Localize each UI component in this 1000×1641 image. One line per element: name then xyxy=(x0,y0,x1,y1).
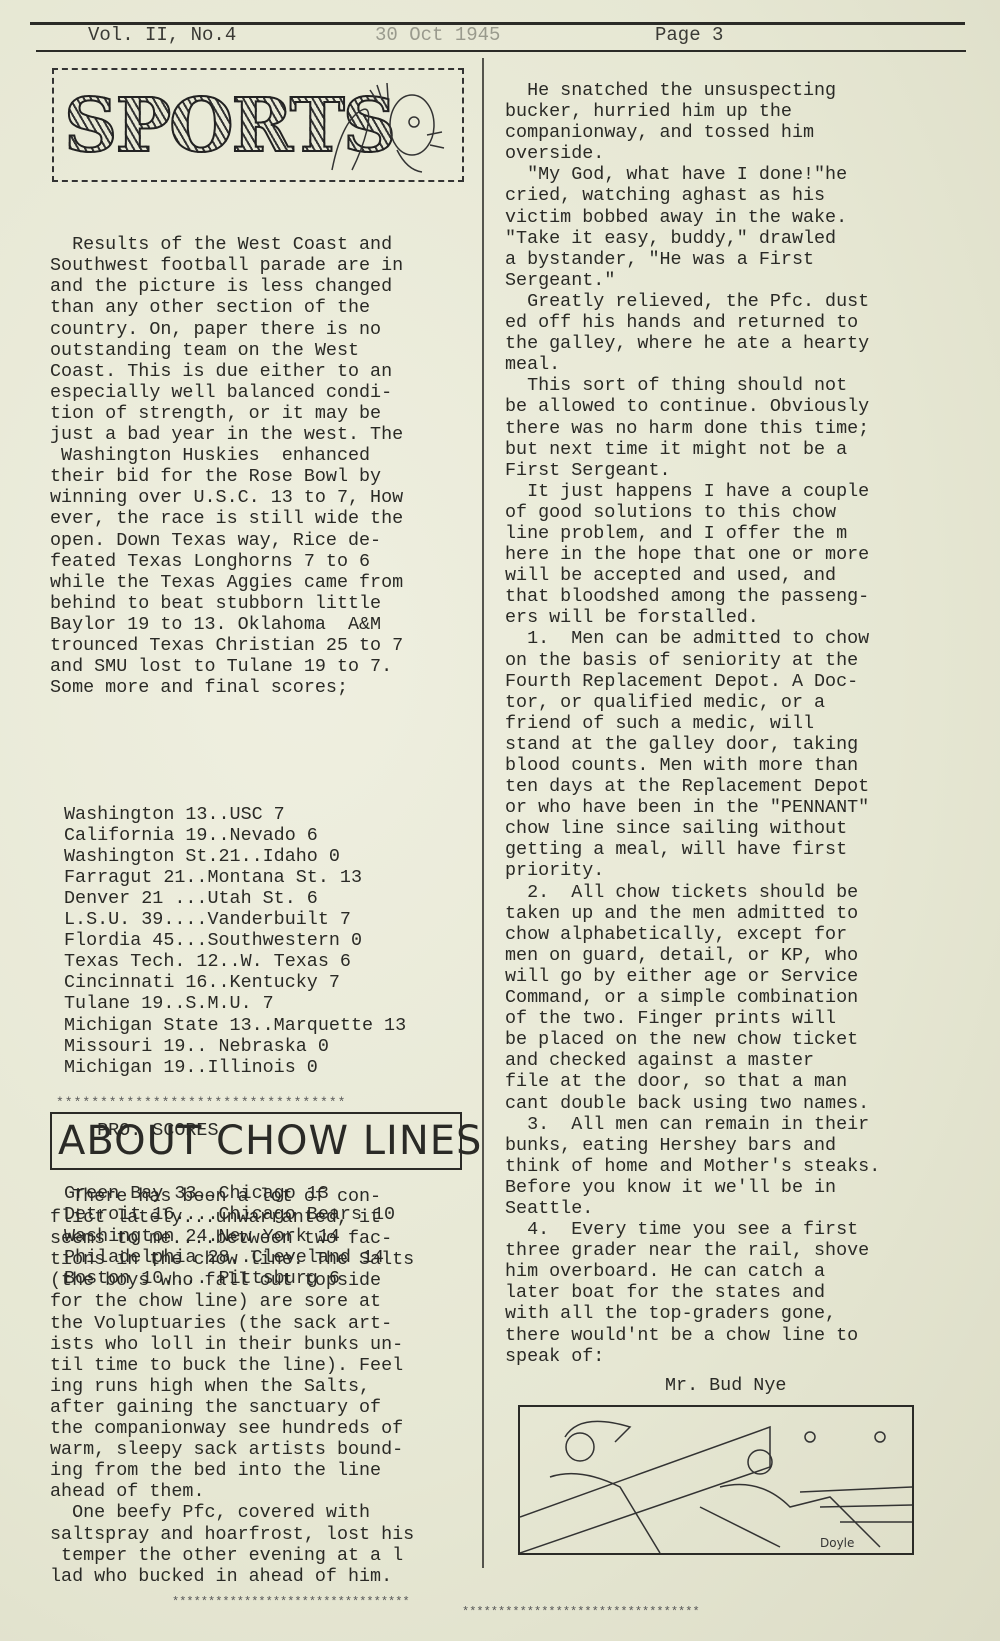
text-line: Sergeant." xyxy=(505,270,945,291)
text-line: meal. xyxy=(505,354,945,375)
chow-lines-banner: ABOUT CHOW LINES xyxy=(50,1112,462,1170)
text-line: of good solutions to this chow xyxy=(505,502,945,523)
text-line: just a bad year in the west. The xyxy=(50,424,470,445)
score-line: Denver 21 ...Utah St. 6 xyxy=(64,888,470,909)
text-line: saltspray and hoarfrost, lost his xyxy=(50,1524,480,1545)
text-line: the Voluptuaries (the sack art- xyxy=(50,1313,480,1334)
text-line: tion of strength, or it may be xyxy=(50,403,470,424)
text-line: 4. Every time you see a first xyxy=(505,1219,945,1240)
text-line: blood counts. Men with more than xyxy=(505,755,945,776)
score-line: Michigan 19..Illinois 0 xyxy=(64,1057,470,1078)
text-line: 3. All men can remain in their xyxy=(505,1114,945,1135)
text-line: Greatly relieved, the Pfc. dust xyxy=(505,291,945,312)
text-line: him overboard. He can catch a xyxy=(505,1261,945,1282)
sports-banner: SPORTS xyxy=(52,68,464,182)
cartoon-face-icon xyxy=(322,80,452,176)
chow-article-left: There has been a lot of con-flict lately… xyxy=(50,1186,480,1587)
text-line: after gaining the sanctuary of xyxy=(50,1397,480,1418)
text-line: friend of such a medic, will xyxy=(505,713,945,734)
text-line: their bid for the Rose Bowl by xyxy=(50,466,470,487)
text-line: think of home and Mother's steaks. xyxy=(505,1156,945,1177)
text-line: on the basis of seniority at the xyxy=(505,650,945,671)
text-line: priority. xyxy=(505,860,945,881)
text-line: First Sergeant. xyxy=(505,460,945,481)
text-line: ists who loll in their bunks un- xyxy=(50,1334,480,1355)
text-line: behind to beat stubborn little xyxy=(50,593,470,614)
text-line: bucker, hurried him up the xyxy=(505,101,945,122)
text-line: Southwest football parade are in xyxy=(50,255,470,276)
score-line: Cincinnati 16..Kentucky 7 xyxy=(64,972,470,993)
text-line: with all the top-graders gone, xyxy=(505,1303,945,1324)
text-line: while the Texas Aggies came from xyxy=(50,572,470,593)
bottom-separator-right: ********************************* xyxy=(462,1605,742,1619)
text-line: chow alphabetically, except for xyxy=(505,924,945,945)
text-line: 2. All chow tickets should be xyxy=(505,882,945,903)
section-separator: ********************************* xyxy=(56,1095,436,1110)
text-line: ing from the bed into the line xyxy=(50,1460,480,1481)
score-line: Washington 13..USC 7 xyxy=(64,804,470,825)
text-line: There has been a lot of con- xyxy=(50,1186,480,1207)
ship-cartoon: Doyle xyxy=(518,1405,914,1555)
text-line: tions in the chow line. The Salts xyxy=(50,1249,480,1270)
text-line: feated Texas Longhorns 7 to 6 xyxy=(50,551,470,572)
score-line: Flordia 45...Southwestern 0 xyxy=(64,930,470,951)
text-line: speak of: xyxy=(505,1346,945,1367)
column-divider xyxy=(482,58,484,1568)
score-line: California 19..Nevado 6 xyxy=(64,825,470,846)
score-line: Farragut 21..Montana St. 13 xyxy=(64,867,470,888)
text-line: here in the hope that one or more xyxy=(505,544,945,565)
college-scores-list: Washington 13..USC 7California 19..Nevad… xyxy=(50,804,470,1078)
text-line: and checked against a master xyxy=(505,1050,945,1071)
text-line: of the two. Finger prints will xyxy=(505,1008,945,1029)
score-line: Michigan State 13..Marquette 13 xyxy=(64,1015,470,1036)
text-line: and SMU lost to Tulane 19 to 7. xyxy=(50,656,470,677)
text-line: Coast. This is due either to an xyxy=(50,361,470,382)
text-line: ed off his hands and returned to xyxy=(505,312,945,333)
text-line: especially well balanced condi- xyxy=(50,382,470,403)
page-number: Page 3 xyxy=(655,24,723,46)
text-line: trounced Texas Christian 25 to 7 xyxy=(50,635,470,656)
volume-number: Vol. II, No.4 xyxy=(88,24,236,46)
text-line: be allowed to continue. Obviously xyxy=(505,396,945,417)
chow-article-right: He snatched the unsuspectingbucker, hurr… xyxy=(505,80,945,1367)
text-line: seems to me....between two fac- xyxy=(50,1228,480,1249)
text-line: winning over U.S.C. 13 to 7, How xyxy=(50,487,470,508)
text-line: the companionway see hundreds of xyxy=(50,1418,480,1439)
text-line: ahead of them. xyxy=(50,1481,480,1502)
text-line: Fourth Replacement Depot. A Doc- xyxy=(505,671,945,692)
text-line: tor, or qualified medic, or a xyxy=(505,692,945,713)
chow-lines-title: ABOUT CHOW LINES xyxy=(58,1116,482,1166)
text-line: Before you know it we'll be in xyxy=(505,1177,945,1198)
cartoon-sailors-icon: Doyle xyxy=(520,1407,912,1553)
text-line: there was no harm done this time; xyxy=(505,418,945,439)
text-line: getting a meal, will have first xyxy=(505,839,945,860)
text-line: cant double back using two names. xyxy=(505,1093,945,1114)
text-line: temper the other evening at a l xyxy=(50,1545,480,1566)
text-line: flict lately...unwarranted, it xyxy=(50,1207,480,1228)
text-line: be placed on the new chow ticket xyxy=(505,1029,945,1050)
score-line: L.S.U. 39....Vanderbuilt 7 xyxy=(64,909,470,930)
text-line: but next time it might not be a xyxy=(505,439,945,460)
text-line: "My God, what have I done!"he xyxy=(505,164,945,185)
text-line: He snatched the unsuspecting xyxy=(505,80,945,101)
text-line: One beefy Pfc, covered with xyxy=(50,1502,480,1523)
text-line: It just happens I have a couple xyxy=(505,481,945,502)
text-line: bunks, eating Hershey bars and xyxy=(505,1135,945,1156)
text-line: cried, watching aghast as his xyxy=(505,185,945,206)
score-line: Washington St.21..Idaho 0 xyxy=(64,846,470,867)
text-line: line problem, and I offer the m xyxy=(505,523,945,544)
score-line: Tulane 19..S.M.U. 7 xyxy=(64,993,470,1014)
bottom-separator: ********************************* xyxy=(172,1595,462,1609)
text-line: 1. Men can be admitted to chow xyxy=(505,628,945,649)
issue-date: 30 Oct 1945 xyxy=(375,24,500,46)
text-line: three grader near the rail, shove xyxy=(505,1240,945,1261)
text-line: ing runs high when the Salts, xyxy=(50,1376,480,1397)
sports-intro-text: Results of the West Coast andSouthwest f… xyxy=(50,234,470,698)
text-line: Baylor 19 to 13. Oklahoma A&M xyxy=(50,614,470,635)
text-line: men on guard, detail, or KP, who xyxy=(505,945,945,966)
text-line: the galley, where he ate a hearty xyxy=(505,333,945,354)
newspaper-page: Vol. II, No.4 30 Oct 1945 Page 3 SPORTS … xyxy=(0,0,1000,1641)
text-line: there would'nt be a chow line to xyxy=(505,1325,945,1346)
score-line: Texas Tech. 12..W. Texas 6 xyxy=(64,951,470,972)
text-line: country. On, paper there is no xyxy=(50,319,470,340)
text-line: than any other section of the xyxy=(50,297,470,318)
text-line: and the picture is less changed xyxy=(50,276,470,297)
text-line: for the chow line) are sore at xyxy=(50,1291,480,1312)
text-line: ers will be forstalled. xyxy=(505,607,945,628)
text-line: til time to buck the line). Feel xyxy=(50,1355,480,1376)
text-line: Some more and final scores; xyxy=(50,677,470,698)
score-line: Missouri 19.. Nebraska 0 xyxy=(64,1036,470,1057)
text-line: outstanding team on the West xyxy=(50,340,470,361)
text-line: stand at the galley door, taking xyxy=(505,734,945,755)
text-line: that bloodshed among the passeng- xyxy=(505,586,945,607)
text-line: Command, or a simple combination xyxy=(505,987,945,1008)
text-line: will be accepted and used, and xyxy=(505,565,945,586)
text-line: or who have been in the "PENNANT" xyxy=(505,797,945,818)
text-line: Seattle. xyxy=(505,1198,945,1219)
cartoon-artist-signature: Doyle xyxy=(820,1536,854,1550)
text-line: later boat for the states and xyxy=(505,1282,945,1303)
text-line: will go by either age or Service xyxy=(505,966,945,987)
text-line: "Take it easy, buddy," drawled xyxy=(505,228,945,249)
text-line: (the boys who fall out topside xyxy=(50,1270,480,1291)
text-line: open. Down Texas way, Rice de- xyxy=(50,530,470,551)
text-line: taken up and the men admitted to xyxy=(505,903,945,924)
text-line: warm, sleepy sack artists bound- xyxy=(50,1439,480,1460)
text-line: lad who bucked in ahead of him. xyxy=(50,1566,480,1587)
text-line: ever, the race is still wide the xyxy=(50,508,470,529)
text-line: Washington Huskies enhanced xyxy=(50,445,470,466)
text-line: This sort of thing should not xyxy=(505,375,945,396)
author-signature: Mr. Bud Nye xyxy=(665,1375,786,1396)
text-line: chow line since sailing without xyxy=(505,818,945,839)
text-line: Results of the West Coast and xyxy=(50,234,470,255)
text-line: companionway, and tossed him xyxy=(505,122,945,143)
text-line: file at the door, so that a man xyxy=(505,1071,945,1092)
text-line: overside. xyxy=(505,143,945,164)
header-bottom-rule xyxy=(36,50,966,52)
text-line: victim bobbed away in the wake. xyxy=(505,207,945,228)
text-line: ten days at the Replacement Depot xyxy=(505,776,945,797)
text-line: a bystander, "He was a First xyxy=(505,249,945,270)
